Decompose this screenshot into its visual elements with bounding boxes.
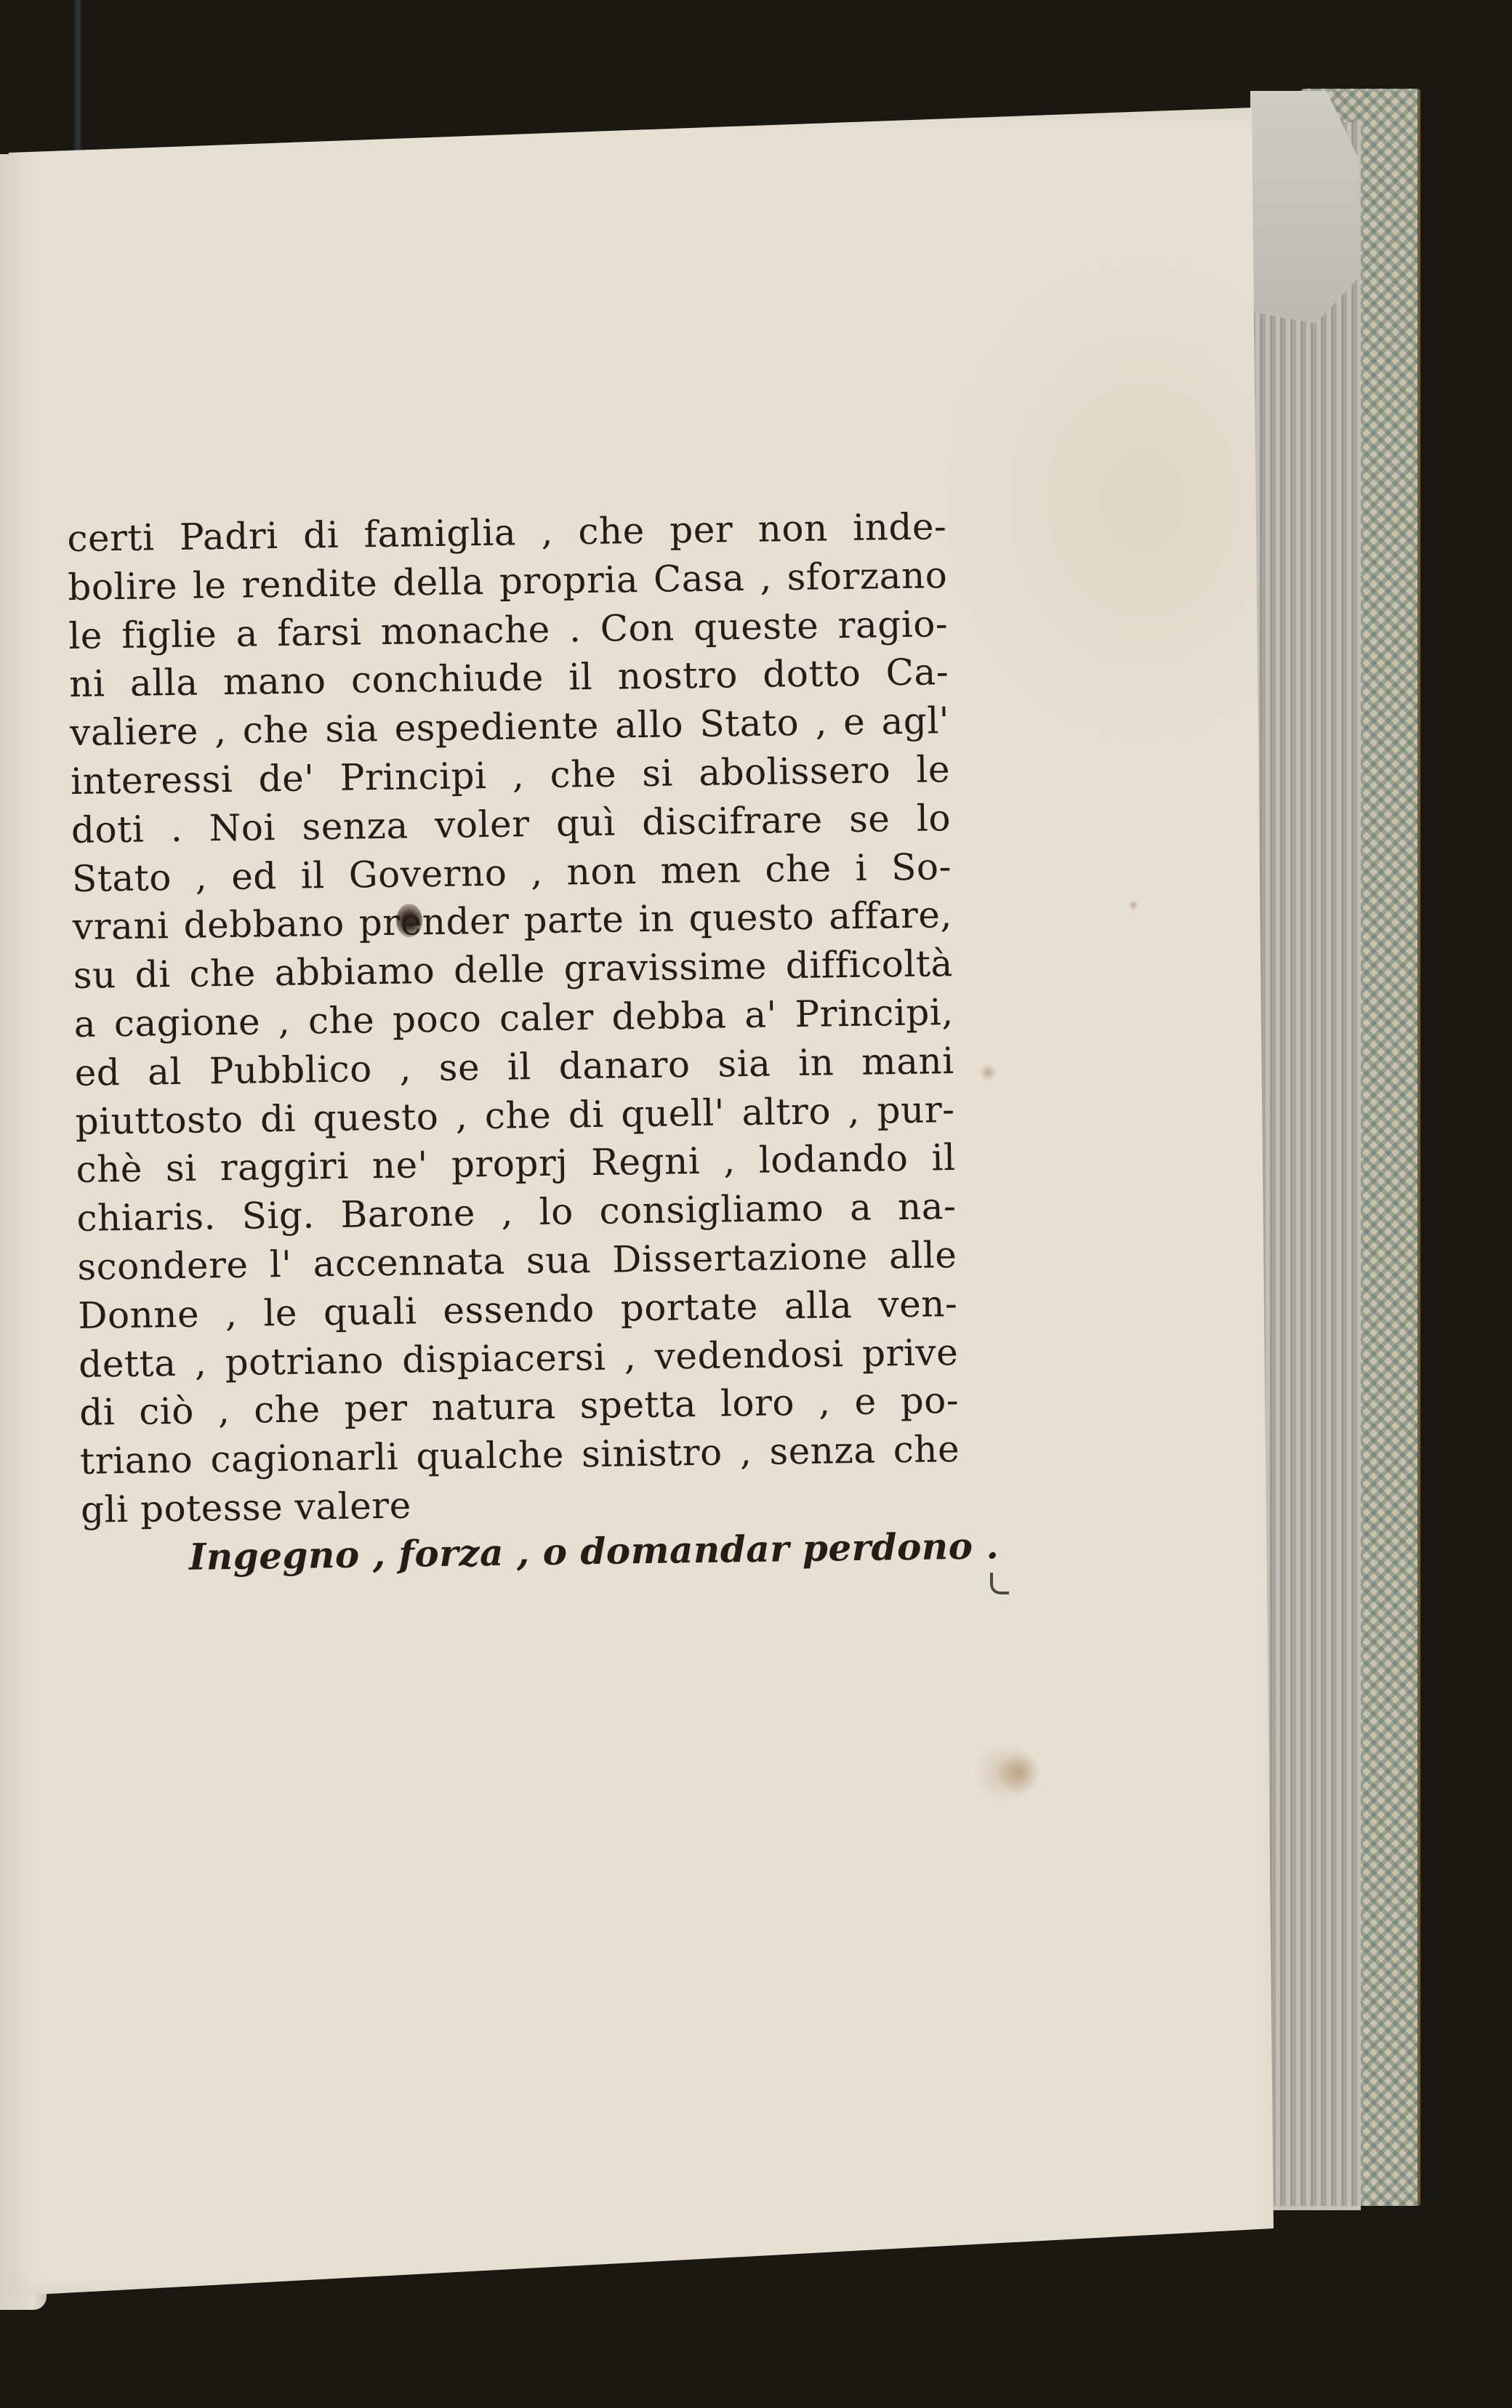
backdrop: [73, 0, 83, 156]
book-page: certi Padri di famiglia , che per non in…: [9, 108, 1274, 2296]
foxing-spot: [979, 1064, 997, 1081]
endpaper-flap: [1250, 91, 1359, 324]
verse-quotation: Ingegno , forza , o domandar perdono .: [81, 1524, 844, 1583]
foxing-spot: [997, 1751, 1041, 1794]
foxing-spot: [1128, 900, 1138, 910]
paper-tear-mark: [990, 1573, 1009, 1594]
body-text: certi Padri di famiglia , che per non in…: [67, 502, 961, 1583]
